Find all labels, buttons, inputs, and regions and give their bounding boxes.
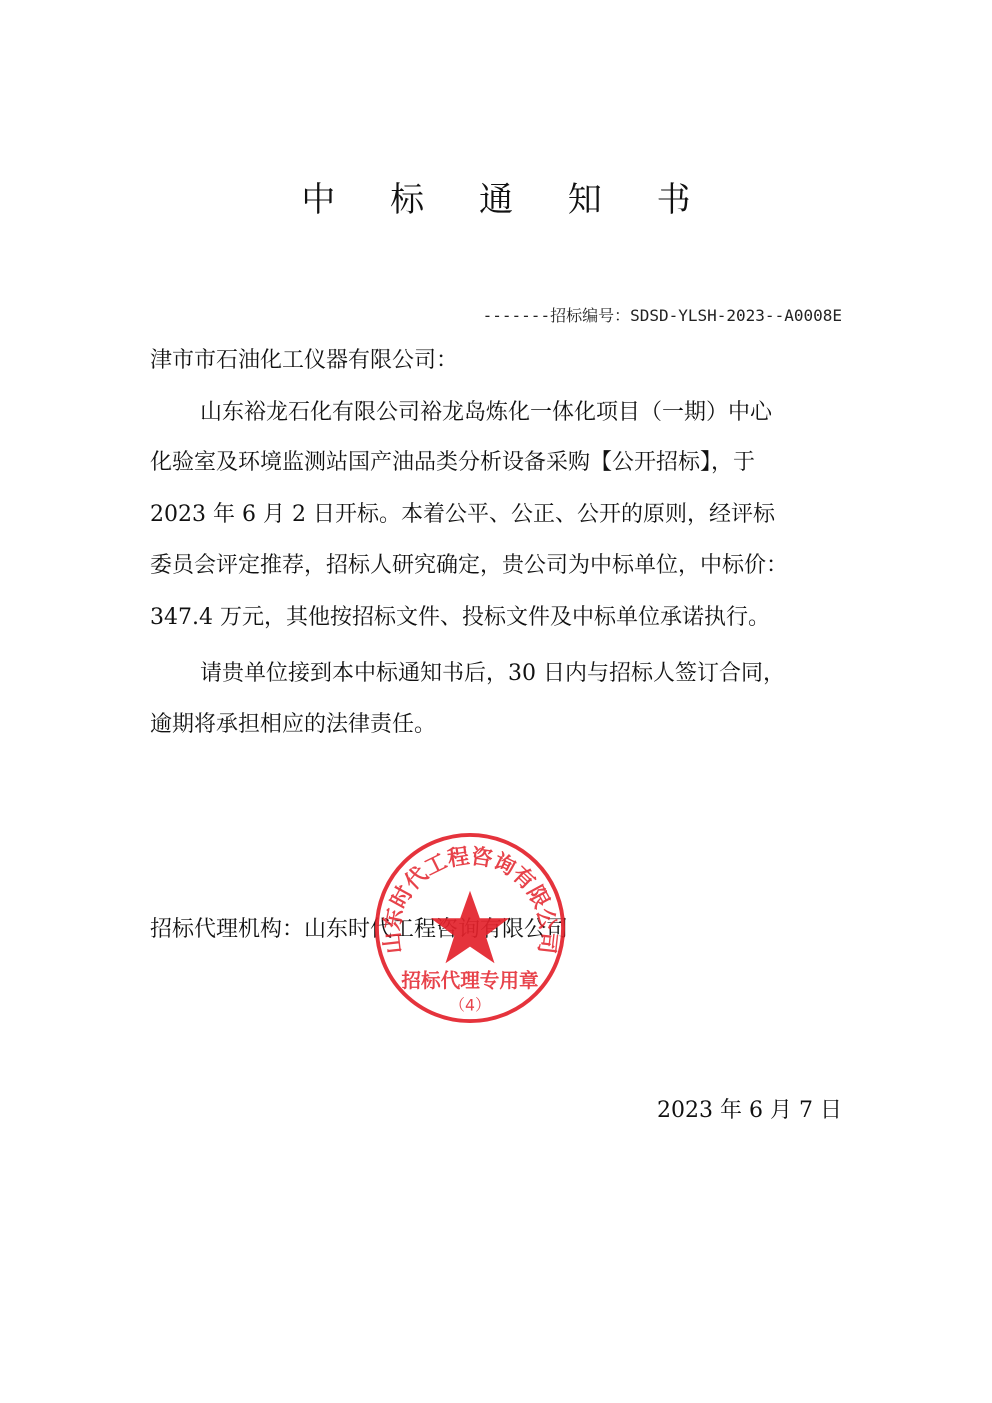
tender-number: -------招标编号：SDSD-YLSH-2023--A0008E [483, 303, 842, 326]
company-seal: 山东时代工程咨询有限公司 招标代理专用章 （4） [372, 830, 568, 1026]
document-title: 中 标 通 知 书 [0, 172, 992, 221]
paragraph-line: 347.4 万元，其他按招标文件、投标文件及中标单位承诺执行。 [150, 600, 770, 631]
recipient: 津市市石油化工仪器有限公司： [150, 343, 458, 374]
paragraph-line: 逾期将承担相应的法律责任。 [150, 707, 436, 738]
document-date: 2023 年 6 月 7 日 [657, 1093, 842, 1124]
paragraph-line: 化验室及环境监测站国产油品类分析设备采购【公开招标】，于 [150, 445, 755, 476]
paragraph-line: 委员会评定推荐，招标人研究确定，贵公司为中标单位，中标价： [150, 548, 788, 579]
paragraph-line: 2023 年 6 月 2 日开标。本着公平、公正、公开的原则，经评标 [150, 497, 775, 528]
paragraph-line: 请贵单位接到本中标通知书后，30 日内与招标人签订合同， [200, 656, 785, 687]
star-icon [431, 891, 509, 964]
seal-number: （4） [449, 995, 490, 1014]
paragraph-line: 山东裕龙石化有限公司裕龙岛炼化一体化项目（一期）中心 [200, 395, 772, 426]
seal-inner-text: 招标代理专用章 [401, 969, 539, 992]
